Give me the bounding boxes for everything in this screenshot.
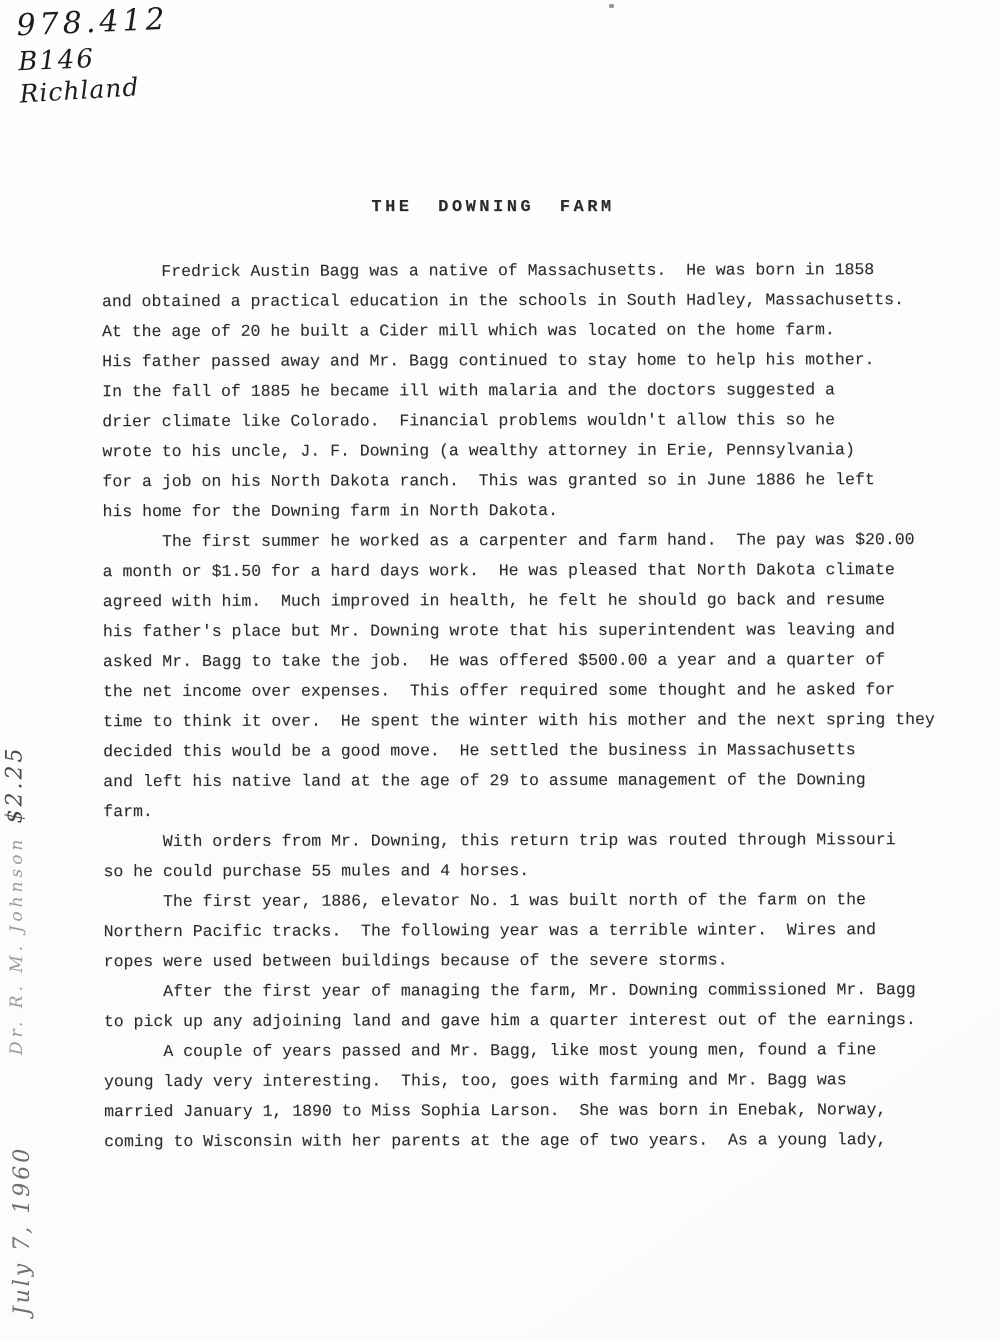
paragraph: After the first year of managing the far…: [104, 975, 976, 1037]
paragraph: A couple of years passed and Mr. Bagg, l…: [104, 1035, 976, 1157]
scanned-document-page: 978.412 B146 Richland THE DOWNING FARM F…: [0, 0, 1000, 1339]
call-number-county: Richland: [19, 72, 173, 110]
margin-note-name: Dr. R. M. Johnson: [7, 845, 27, 1055]
call-number-dewey: 978.412: [16, 3, 169, 44]
document-title: THE DOWNING FARM: [0, 198, 986, 217]
margin-note-date: July 7, 1960: [10, 1123, 35, 1338]
handwritten-call-number: 978.412 B146 Richland: [16, 3, 172, 109]
paragraph: The first year, 1886, elevator No. 1 was…: [103, 885, 975, 977]
scan-artifact-speck: [609, 4, 614, 8]
margin-note-price: $2.25: [3, 730, 28, 840]
document-body: Fredrick Austin Bagg was a native of Mas…: [102, 255, 976, 1157]
paragraph: Fredrick Austin Bagg was a native of Mas…: [102, 255, 975, 527]
paragraph: The first summer he worked as a carpente…: [103, 525, 976, 827]
paragraph: With orders from Mr. Downing, this retur…: [103, 825, 975, 887]
